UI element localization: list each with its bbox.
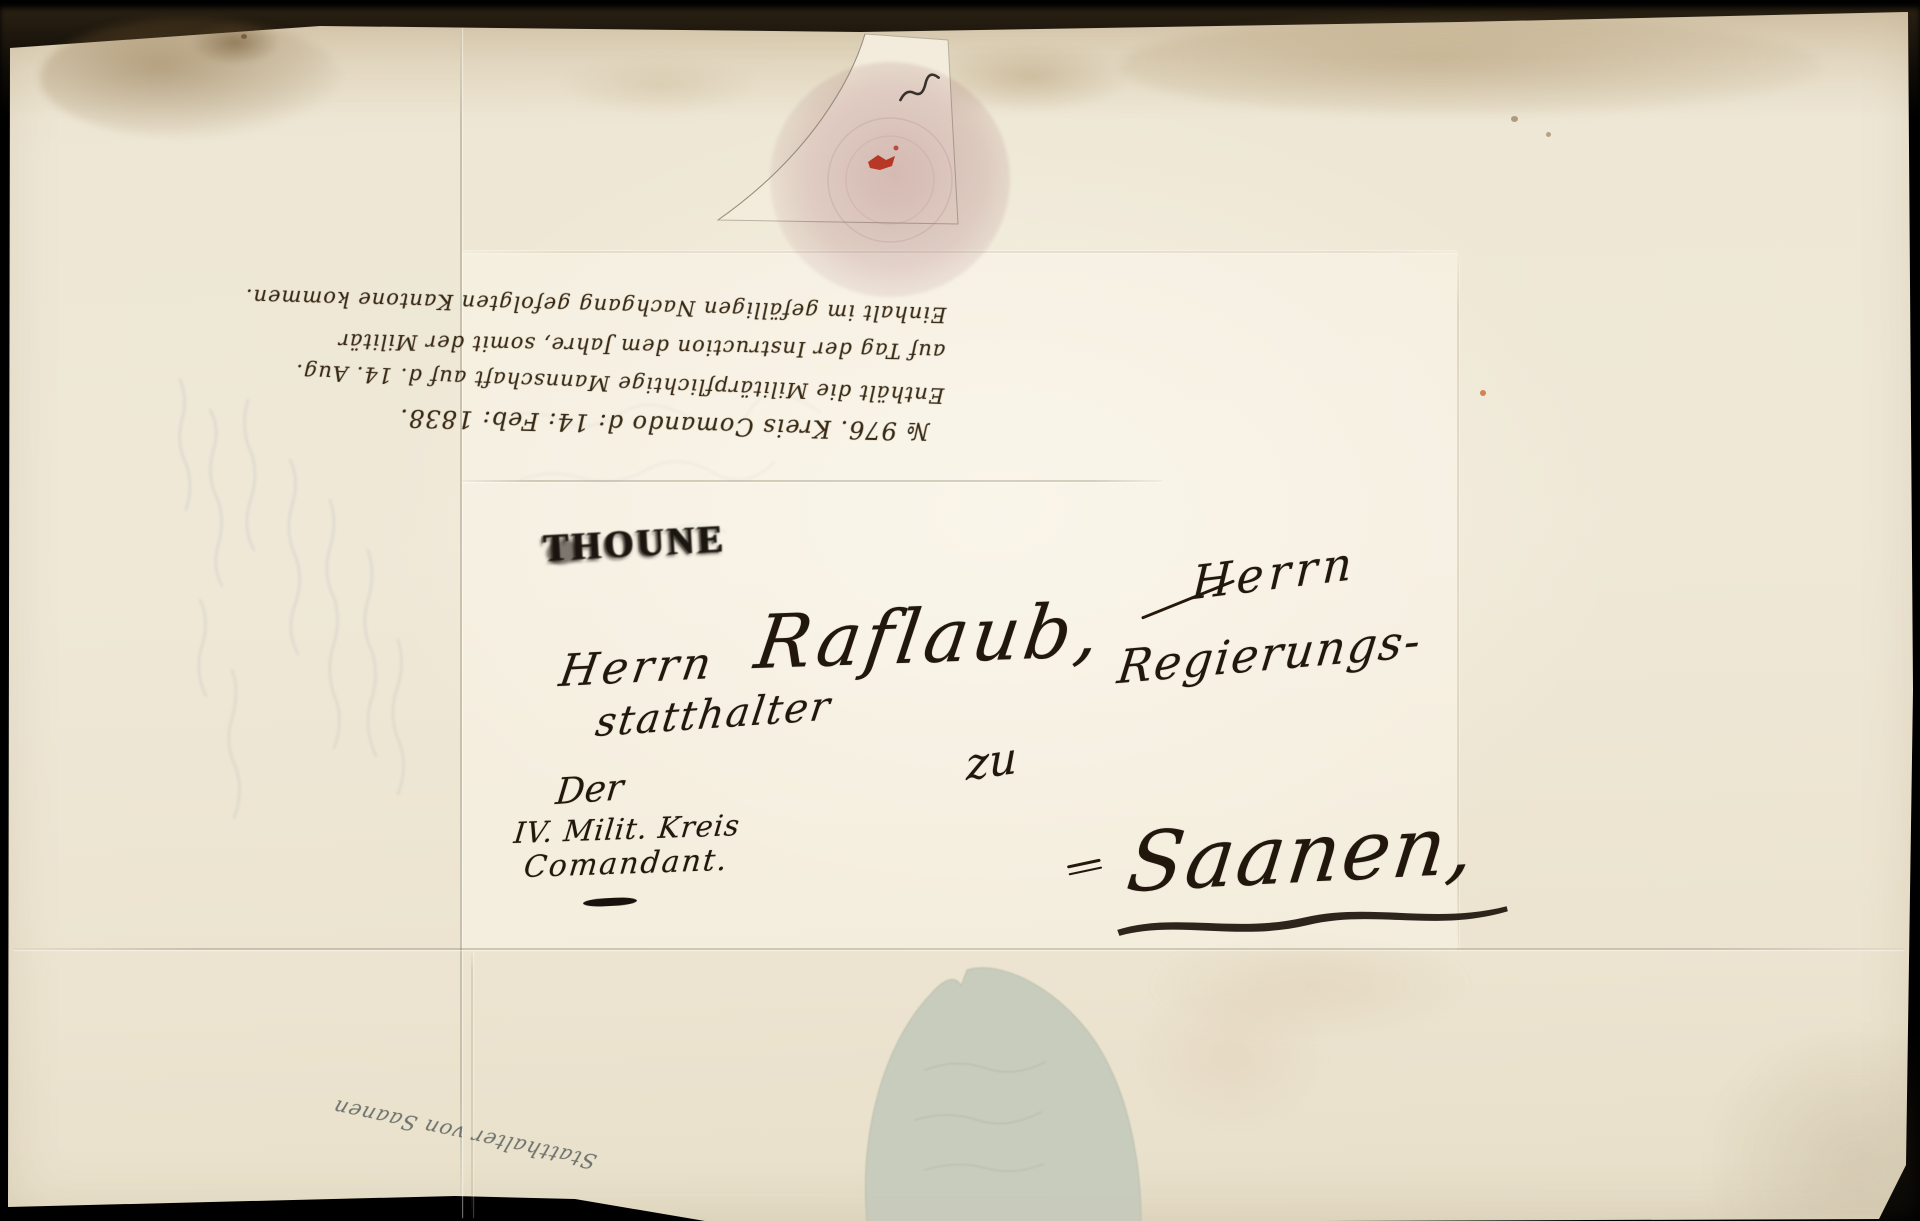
address-name: Raflaub,	[750, 588, 1109, 687]
address-zu: zu	[966, 733, 1017, 792]
scanned-letter: № 976. Kreis Comando d: 14: Feb: 1838. E…	[0, 0, 1920, 1221]
seal-detail	[690, 22, 980, 282]
seal-show-through-blob	[845, 950, 1165, 1221]
sender-line1: Der	[554, 767, 626, 813]
address-herrn: Herrn	[556, 638, 719, 698]
address-place: Saanen,	[1122, 797, 1481, 911]
red-wax-fleck	[868, 155, 895, 170]
sender-line3: Comandant.	[522, 843, 730, 885]
speck	[1546, 132, 1551, 137]
speck	[1511, 116, 1518, 122]
ink-scribble	[897, 73, 942, 100]
docket-block-inverted: № 976. Kreis Comando d: 14: Feb: 1838. E…	[421, 269, 947, 451]
orange-speck	[1480, 390, 1486, 396]
speck	[241, 34, 247, 39]
wax-seal-remnant	[690, 22, 980, 282]
